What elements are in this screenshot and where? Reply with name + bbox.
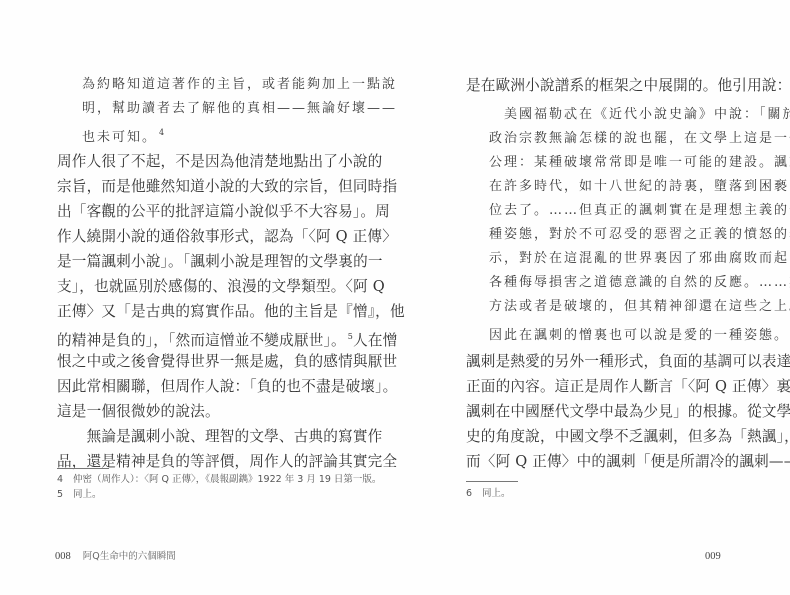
body-line: 諷刺是熱愛的另外一種形式，負面的基調可以表達 xyxy=(466,352,790,372)
block-quote-line: 政治宗教無論怎樣的說也罷，在文學上這是一條 xyxy=(489,130,790,148)
block-quote-line: 公理：某種破壞常常即是唯一可能的建設。諷刺 xyxy=(489,154,790,172)
body-line: 品，還是精神是負的等評價，周作人的評論其實完全 xyxy=(57,452,397,472)
body-line: 這是一個很微妙的說法。 xyxy=(57,402,220,422)
body-line: 是在歐洲小說譜系的框架之中展開的。他引用說： xyxy=(466,76,790,96)
block-quote-line: 明，幫助讀者去了解他的真相——無論好壞—— xyxy=(82,100,397,118)
book-spread: 為約略知道這著作的主旨，或者能夠加上一點說 明，幫助讀者去了解他的真相——無論好… xyxy=(0,0,790,595)
body-line-with-footnote: 的精神是負的」，「然而這憎並不變成厭世」。5人在憎 xyxy=(57,327,397,351)
block-quote-line-last: 因此在諷刺的憎裏也可以說是愛的一種姿態。6 xyxy=(489,322,790,345)
block-quote-text: 因此在諷刺的憎裏也可以說是愛的一種姿態。 xyxy=(489,328,789,343)
footnote-text: 同上。 xyxy=(482,488,511,499)
body-line: 作人繞開小說的通俗敘事形式，認為「〈阿 Q 正傳〉 xyxy=(57,227,397,247)
block-quote-line: 種姿態，對於不可忍受的惡習之正義的憤怒的表 xyxy=(489,226,790,244)
block-quote-text: 也未可知。 xyxy=(82,130,157,145)
footnote-ref-4[interactable]: 4 xyxy=(159,128,166,137)
body-text: 的精神是負的」，「然而這憎並不變成厭世」。 xyxy=(57,332,346,349)
footnote-number: 5 xyxy=(57,488,73,502)
running-title: 阿Q生命中的六個瞬間 xyxy=(83,551,176,562)
block-quote-line: 美國福勒忒在《近代小說史論》中說：「關於 xyxy=(489,106,790,124)
footnote-6: 6同上。 xyxy=(466,487,511,501)
body-line: 是一篇諷刺小說」。「諷刺小說是理智的文學裏的一 xyxy=(57,252,383,272)
body-line: 恨之中或之後會覺得世界一無是處，負的感情與厭世 xyxy=(57,352,397,372)
right-page: 是在歐洲小說譜系的框架之中展開的。他引用說： 美國福勒忒在《近代小說史論》中說：… xyxy=(395,0,790,595)
right-folio: 009 xyxy=(705,549,721,564)
block-quote-line: 為約略知道這著作的主旨，或者能夠加上一點說 xyxy=(82,76,397,94)
body-line: 而〈阿 Q 正傳〉中的諷刺「便是所謂冷的諷刺——冷 xyxy=(466,452,790,472)
page-number: 008 xyxy=(55,551,71,562)
footnote-divider xyxy=(57,468,109,469)
footnote-number: 6 xyxy=(466,487,482,501)
body-line: 諷刺在中國歷代文學中最為少見」的根據。從文學歷 xyxy=(466,402,790,422)
footnote-text: 仲密（周作人）：〈阿 Q 正傳〉，《晨報副鐫》1922 年 3 月 19 日第一… xyxy=(73,474,381,485)
block-quote-line: 位去了。……但真正的諷刺實在是理想主義的一 xyxy=(489,202,790,220)
block-quote-line: 方法或者是破壞的，但其精神卻還在這些之上。」 xyxy=(489,298,790,316)
footnote-number: 4 xyxy=(57,473,73,487)
body-line: 正傳〉又「是古典的寫實作品。他的主旨是『憎』，他 xyxy=(57,302,405,322)
footnote-5: 5同上。 xyxy=(57,488,102,502)
body-line: 周作人很了不起，不是因為他清楚地點出了小說的 xyxy=(57,152,382,172)
body-line: 宗旨，而是他雖然知道小說的大致的宗旨，但同時指 xyxy=(57,177,397,197)
footnote-text: 同上。 xyxy=(73,489,102,500)
left-folio: 008阿Q生命中的六個瞬間 xyxy=(55,549,176,564)
body-line: 因此常相關聯，但周作人說：「負的也不盡是破壞」。 xyxy=(57,377,397,397)
block-quote-line: 各種侮辱損害之道德意識的自然的反應。……其 xyxy=(489,274,790,292)
body-line: 支」，也就區別於感傷的、浪漫的文學類型。〈阿 Q xyxy=(57,277,385,297)
footnote-divider xyxy=(466,481,518,482)
body-line: 出「客觀的公平的批評這篇小說似乎不大容易」。周 xyxy=(57,202,390,222)
left-page: 為約略知道這著作的主旨，或者能夠加上一點說 明，幫助讀者去了解他的真相——無論好… xyxy=(0,0,395,595)
body-line: 正面的內容。這正是周作人斷言「〈阿 Q 正傳〉裏的 xyxy=(466,377,790,397)
body-line: 史的角度說，中國文學不乏諷刺，但多為「熱諷」， xyxy=(466,427,790,447)
block-quote-line: 示，對於在這混亂的世界裏因了邪曲腐敗而起的 xyxy=(489,250,790,268)
block-quote-line: 在許多時代，如十八世紀的詩裏，墮落到困褻的地 xyxy=(489,178,790,196)
block-quote-line-last: 也未可知。4 xyxy=(82,124,166,147)
body-text: 人在憎 xyxy=(353,332,397,349)
body-line: 無論是諷刺小說、理智的文學、古典的寫實作 xyxy=(57,427,382,447)
footnote-4: 4仲密（周作人）：〈阿 Q 正傳〉，《晨報副鐫》1922 年 3 月 19 日第… xyxy=(57,473,381,487)
page-number: 009 xyxy=(705,551,721,562)
